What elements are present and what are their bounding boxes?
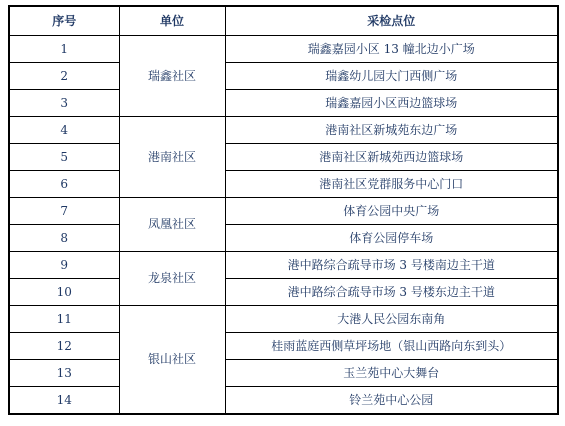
table-row: 1瑞鑫社区瑞鑫嘉园小区 13 幢北边小广场 — [9, 36, 558, 63]
page: 序号 单位 采检点位 1瑞鑫社区瑞鑫嘉园小区 13 幢北边小广场2瑞鑫幼儿园大门… — [0, 0, 565, 426]
sampling-point-cell: 瑞鑫嘉园小区西边篮球场 — [225, 90, 558, 117]
unit-cell: 凤凰社区 — [119, 198, 225, 252]
sampling-point-cell: 大港人民公园东南角 — [225, 306, 558, 333]
unit-cell: 瑞鑫社区 — [119, 36, 225, 117]
table-row: 5港南社区新城苑西边篮球场 — [9, 144, 558, 171]
serial-number-cell: 6 — [9, 171, 119, 198]
table-row: 9龙泉社区港中路综合疏导市场 3 号楼南边主干道 — [9, 252, 558, 279]
serial-number-cell: 12 — [9, 333, 119, 360]
sampling-point-cell: 桂雨蓝庭西侧草坪场地（银山西路向东到头） — [225, 333, 558, 360]
serial-number-cell: 8 — [9, 225, 119, 252]
sampling-point-cell: 港南社区新城苑东边广场 — [225, 117, 558, 144]
serial-number-cell: 13 — [9, 360, 119, 387]
serial-number-cell: 10 — [9, 279, 119, 306]
sampling-point-cell: 瑞鑫幼儿园大门西侧广场 — [225, 63, 558, 90]
sampling-point-cell: 港中路综合疏导市场 3 号楼东边主干道 — [225, 279, 558, 306]
serial-number-cell: 3 — [9, 90, 119, 117]
table-row: 12桂雨蓝庭西侧草坪场地（银山西路向东到头） — [9, 333, 558, 360]
table-row: 6港南社区党群服务中心门口 — [9, 171, 558, 198]
col-header-serial-number: 序号 — [9, 6, 119, 36]
serial-number-cell: 2 — [9, 63, 119, 90]
unit-cell: 银山社区 — [119, 306, 225, 415]
table-row: 7凤凰社区体育公园中央广场 — [9, 198, 558, 225]
serial-number-cell: 5 — [9, 144, 119, 171]
table-row: 10港中路综合疏导市场 3 号楼东边主干道 — [9, 279, 558, 306]
sampling-point-cell: 港中路综合疏导市场 3 号楼南边主干道 — [225, 252, 558, 279]
serial-number-cell: 11 — [9, 306, 119, 333]
serial-number-cell: 9 — [9, 252, 119, 279]
sampling-point-cell: 铃兰苑中心公园 — [225, 387, 558, 415]
sampling-point-cell: 瑞鑫嘉园小区 13 幢北边小广场 — [225, 36, 558, 63]
col-header-unit: 单位 — [119, 6, 225, 36]
unit-cell: 龙泉社区 — [119, 252, 225, 306]
sampling-point-cell: 玉兰苑中心大舞台 — [225, 360, 558, 387]
serial-number-cell: 4 — [9, 117, 119, 144]
table-row: 2瑞鑫幼儿园大门西侧广场 — [9, 63, 558, 90]
sampling-points-table: 序号 单位 采检点位 1瑞鑫社区瑞鑫嘉园小区 13 幢北边小广场2瑞鑫幼儿园大门… — [8, 5, 559, 415]
serial-number-cell: 7 — [9, 198, 119, 225]
table-row: 11银山社区大港人民公园东南角 — [9, 306, 558, 333]
col-header-sampling-point: 采检点位 — [225, 6, 558, 36]
table-row: 13玉兰苑中心大舞台 — [9, 360, 558, 387]
sampling-point-cell: 港南社区新城苑西边篮球场 — [225, 144, 558, 171]
sampling-point-cell: 港南社区党群服务中心门口 — [225, 171, 558, 198]
table-row: 4港南社区港南社区新城苑东边广场 — [9, 117, 558, 144]
sampling-point-cell: 体育公园停车场 — [225, 225, 558, 252]
header-row: 序号 单位 采检点位 — [9, 6, 558, 36]
table-row: 3瑞鑫嘉园小区西边篮球场 — [9, 90, 558, 117]
table-row: 8体育公园停车场 — [9, 225, 558, 252]
unit-cell: 港南社区 — [119, 117, 225, 198]
table-row: 14铃兰苑中心公园 — [9, 387, 558, 415]
serial-number-cell: 1 — [9, 36, 119, 63]
sampling-point-cell: 体育公园中央广场 — [225, 198, 558, 225]
serial-number-cell: 14 — [9, 387, 119, 415]
